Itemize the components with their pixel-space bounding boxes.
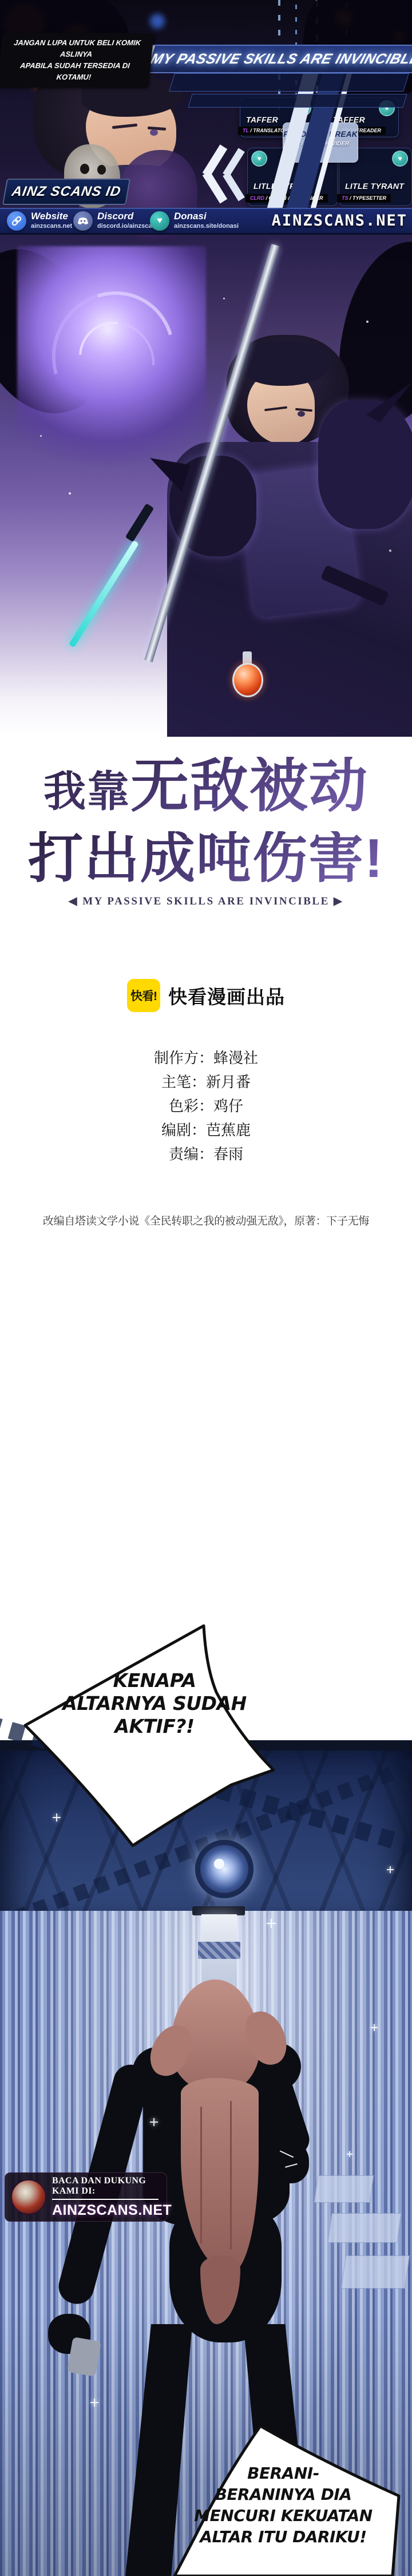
watermark-logo [11,2179,46,2215]
skeleton-eye-socket [80,164,89,174]
donate-heart-icon[interactable]: ♥ [150,211,169,231]
snow-speckle [389,550,391,552]
watermark-divider [52,2199,159,2200]
bubble-line: ALTAR ITU DARIKU! [186,2526,381,2547]
adaptation-note: 改编自塔读文学小说《全民转职之我的被动强无敌》，原著：下子无悔 [0,1212,412,1228]
scanlation-watermark: BACA DAN DUKUNG KAMI DI: AINZSCANS.NET [5,2172,167,2222]
credit-role: TS / TYPESETTER [337,194,391,203]
potion-flask [232,663,263,697]
held-object [67,2337,101,2377]
snow-speckle [40,435,42,437]
cn-title-line2: 打出成吨伤害! [0,831,412,886]
credit-line: 责编：春雨 [0,1142,412,1166]
en-subtitle: ◀ MY PASSIVE SKILLS ARE INVINCIBLE ▶ [0,895,412,908]
sparkle [267,1919,276,1928]
chain-link-icon [11,215,22,227]
series-title-text: MY PASSIVE SKILLS ARE INVINCIBLE [149,51,412,68]
watermark-text: BACA DAN DUKUNG KAMI DI: AINZSCANS.NET [52,2176,172,2219]
discord-label[interactable]: Discord [97,211,133,222]
speech-bubble-1-text: KENAPA ALTARNYA SUDAH AKTIF?! [51,1669,257,1738]
cn-title-line1: 我靠无敌被动 [0,757,412,815]
cn-title-part1: 我靠 [43,768,130,815]
hair-strand-line [230,2101,232,2250]
cover-character-pupil [298,411,305,417]
credit-line: 色彩：鸡仔 [0,1094,412,1118]
production-credits: 制作方：蜂漫社 主笔：新月番 色彩：鸡仔 编剧：芭蕉鹿 责编：春雨 [0,1046,412,1166]
stair-block [327,2213,401,2243]
header-cover-art: JANGAN LUPA UNTUK BELI KOMIK ASLINYA APA… [0,0,412,736]
manhwa-page: JANGAN LUPA UNTUK BELI KOMIK ASLINYA APA… [0,0,412,2576]
credit-line: 编剧：芭蕉鹿 [0,1118,412,1142]
cover-armor-pauldron [318,401,412,529]
website-url[interactable]: ainzscans.net [31,223,72,230]
series-title-banner: MY PASSIVE SKILLS ARE INVINCIBLE [141,45,412,73]
buy-original-warning: JANGAN LUPA UNTUK BELI KOMIK ASLINYA APA… [0,33,154,88]
heart-icon: ♥ [392,151,408,167]
publisher-name: 快看漫画出品 [168,982,285,1009]
cn-title-part2: 无敌被动 [130,753,369,819]
warning-line2: APABILA SUDAH TERSEDIA DI KOTAMU! [1,60,148,83]
sparkle [347,2151,352,2157]
team-logo-text: AINZ SCANS ID [10,184,122,200]
watermark-site[interactable]: AINZSCANS.NET [52,2202,172,2219]
banner-echo [188,94,407,108]
heart-icon: ♥ [251,151,267,167]
blade-hilt [125,503,154,542]
watermark-line1: BACA DAN DUKUNG KAMI DI: [52,2176,172,2196]
hair-strand-line [200,2107,202,2244]
teal-energy-blade [69,540,139,647]
banner-echo [169,73,409,92]
kuaikan-logo-badge: 快看! [127,979,160,1012]
figure-fist-right [271,2142,309,2183]
header-character-pupil [150,129,158,136]
bubble-line: BERANINYA DIA [186,2484,381,2505]
bubble-line: AKTIF?! [51,1715,257,1738]
site-banner-text: AINZSCANS.NET [272,212,407,230]
bubble-line: KENAPA [51,1669,257,1692]
bubble-line: BERANI- [186,2463,381,2484]
link-icon[interactable] [7,211,26,231]
credit-name: TAFFER [246,115,278,124]
bubble-line: ALTARNYA SUDAH [51,1692,257,1715]
donate-label[interactable]: Donasi [174,211,207,222]
sparkle [371,2024,378,2031]
warning-line1: JANGAN LUPA UNTUK BELI KOMIK ASLINYA [3,37,150,60]
pillar-band [198,1942,240,1959]
snow-speckle [223,298,225,299]
links-bar: Website ainzscans.net Discord discord.io… [0,208,412,235]
snow-speckle [69,492,71,495]
chevron-decor [223,148,245,177]
sparkle [150,2118,158,2126]
credit-line: 主笔：新月番 [0,1070,412,1094]
credit-name: LITLE TYRANT [345,181,404,191]
team-logo: AINZ SCANS ID [2,179,130,205]
speech-bubble-2-text: BERANI- BERANINYA DIA MENCURI KEKUATAN A… [186,2463,381,2547]
discord-glyph [77,217,89,225]
publisher-row: 快看! 快看漫画出品 [0,979,412,1012]
website-label[interactable]: Website [31,211,68,222]
skeleton-eye-socket [97,165,106,175]
credit-line: 制作方：蜂漫社 [0,1046,412,1070]
discord-icon[interactable] [73,211,93,231]
bubble-line: MENCURI KEKUATAN [186,2505,381,2526]
stair-block [314,2175,374,2203]
donate-url[interactable]: ainzscans.site/donasi [174,223,239,230]
stair-block [341,2255,410,2289]
snow-speckle [366,321,369,323]
bokeh-light [150,14,165,29]
